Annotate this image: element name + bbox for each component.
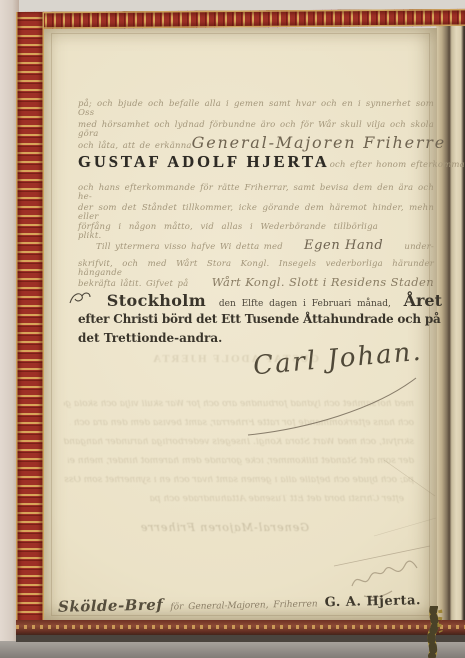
photo-background-bottom [0,641,465,658]
body-line-fragment: och efter honom efterkommande [330,161,465,170]
show-through-text: skrifvit, och med Wårt Stora Kongl. Inse… [64,438,414,447]
own-hand-script: Egen Hand [304,239,383,252]
gold-red-border-left [16,12,44,633]
show-through-text: med hörsamhet och lydnad förbundne äro o… [64,400,414,409]
dateline-year-line: efter Christi börd det Ett Tusende Åttah… [78,313,441,325]
title-script: General-Majoren Friherre [192,135,446,151]
show-through-text: på; och bjude och befalle alla i gemen s… [64,476,414,485]
caption-for-whom: för General-Majoren, Friherren [170,600,318,612]
dateline-year-end: det Trettionde-andra. [78,332,222,344]
body-line: Till yttermera visso hafve Wi detta med … [96,239,434,252]
body-line-fragment: under- [404,243,434,252]
dateline-when: den Elfte dagen i Februari månad, [219,300,391,309]
body-line-fragment: Till yttermera visso hafve Wi detta med [96,243,283,252]
dateline-place-row: Stockholm den Elfte dagen i Februari mån… [68,290,442,309]
show-through-text: och hans efterkommande för rätte Friherr… [70,419,414,428]
body-line: bekräfta låtit. Gifvet på Wårt Kongl. Sl… [78,277,434,289]
body-line: och låta, att de erkänna General-Majoren… [78,135,434,151]
caption-doc-type: Skölde-Bref [58,598,164,615]
body-line-fragment: bekräfta låtit. Gifvet på [78,280,188,289]
show-through-text: efter Christi börd det Ett Tusende Åttah… [74,495,404,504]
seal-cord-icon [418,606,454,658]
parchment-page: på; och bjude och befalle alla i gemen s… [44,28,437,621]
leather-binding-edge [16,620,465,642]
grantee-name-line: GUSTAF ADOLF HJERTA och efter honom efte… [78,154,434,171]
photo-of-charter-page: { "page": { "body": { "l1": "på; och bju… [0,0,465,658]
gold-red-border-top [16,9,465,29]
dateline-year-word: Året [404,293,442,309]
caption-row: Skölde-Bref för General-Majoren, Friherr… [58,592,421,615]
calligraphic-flourish-icon [68,290,92,306]
dateline-place: Stockholm [107,293,206,309]
show-through-text: General-Majoren Friherre [94,522,309,533]
grantee-name: GUSTAF ADOLF HJERTA [78,154,330,171]
body-line: på; och bjude och befalle alla i gemen s… [78,100,434,119]
caption-name: G. A. Hjerta. [324,594,421,609]
royal-castle-script: Wårt Kongl. Slott i Residens Staden [212,277,434,289]
show-through-text: der som det Ståndet tillkommer, icke gör… [68,457,414,466]
show-through-text: GUSTAF ADOLF HJERTA [144,354,319,365]
body-line-fragment: och låta, att de erkänna [78,142,192,151]
book-gutter [436,10,465,642]
body-line: der som det Ståndet tillkommer, icke gör… [78,204,434,223]
body-line: och hans efterkommande för rätte Friherr… [78,184,434,203]
